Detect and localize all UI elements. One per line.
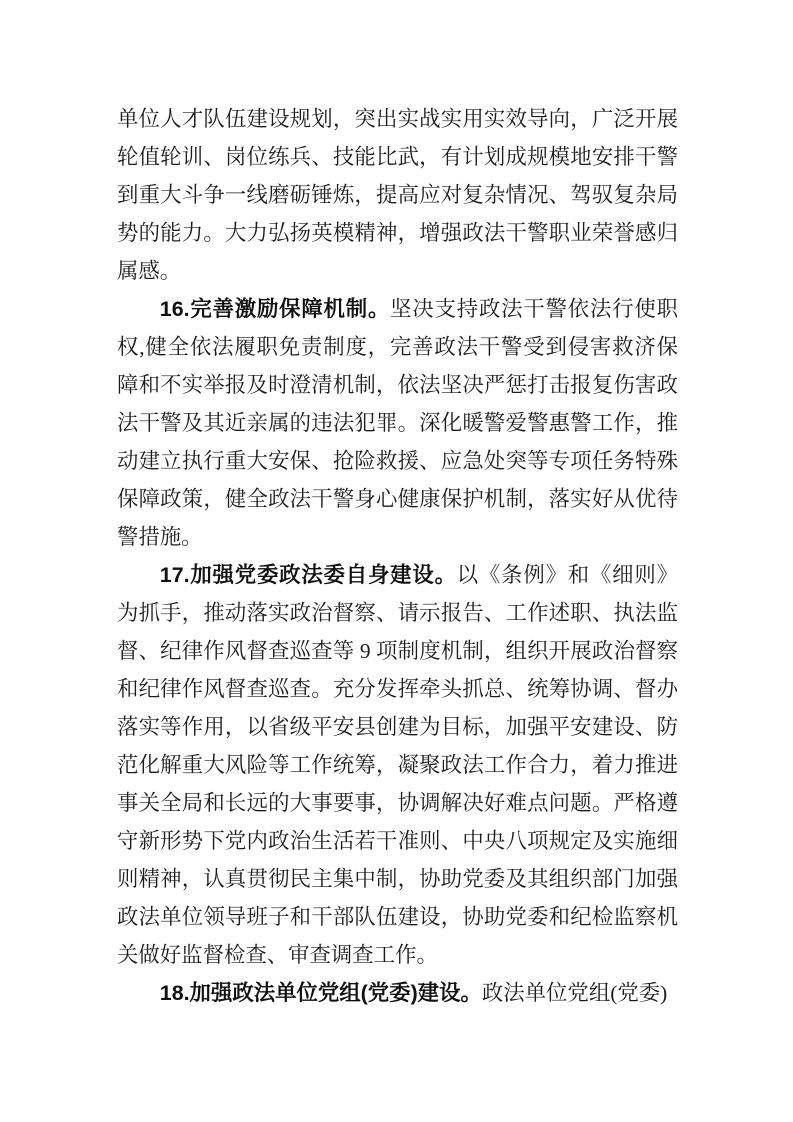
paragraph-continuation: 单位人才队伍建设规划，突出实战实用实效导向，广泛开展轮值轮训、岗位练兵、技能比武… <box>117 100 678 290</box>
paragraph-body-text: 政法单位党组(党委) <box>482 981 667 1005</box>
paragraph-item-18: 18.加强政法单位党组(党委)建设。政法单位党组(党委) <box>117 974 678 1012</box>
paragraph-heading: 18.加强政法单位党组(党委)建设。 <box>160 981 482 1005</box>
paragraph-item-16: 16.完善激励保障机制。坚决支持政法干警依法行使职权,健全依法履职免责制度，完善… <box>117 290 678 556</box>
paragraph-item-17: 17.加强党委政法委自身建设。以《条例》和《细则》为抓手，推动落实政治督察、请示… <box>117 556 678 974</box>
paragraph-body-text: 以《条例》和《细则》为抓手，推动落实政治督察、请示报告、工作述职、执法监督、纪律… <box>117 563 678 967</box>
paragraph-body-text: 单位人才队伍建设规划，突出实战实用实效导向，广泛开展轮值轮训、岗位练兵、技能比武… <box>117 107 678 283</box>
paragraph-body-text: 坚决支持政法干警依法行使职权,健全依法履职免责制度，完善政法干警受到侵害救济保障… <box>117 297 678 549</box>
paragraph-heading: 16.完善激励保障机制。 <box>160 297 390 321</box>
paragraph-heading: 17.加强党委政法委自身建设。 <box>160 563 457 587</box>
document-page: 单位人才队伍建设规划，突出实战实用实效导向，广泛开展轮值轮训、岗位练兵、技能比武… <box>0 0 793 1122</box>
